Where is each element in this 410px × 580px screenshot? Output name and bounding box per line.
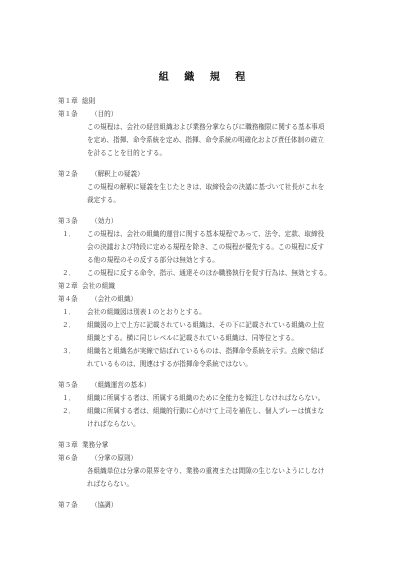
article-label: 第３条	[58, 217, 78, 226]
paragraph-line: この規程は、会社の組織的運営に関する基本規程であって、法令、定款、取締役	[87, 230, 324, 239]
article-label: 第４条	[58, 295, 78, 304]
item-number: ３．	[62, 347, 75, 356]
paragraph-line: 会の決議および特段に定める規程を除き、この規程が優先する。この規程に反す	[87, 243, 324, 252]
paragraph-line: ければならない。	[87, 420, 140, 429]
article-label: 第１条	[58, 110, 78, 119]
paragraph-line: る他の規程のその反する部分は無効とする。	[87, 256, 219, 265]
article-label: 第２条	[58, 170, 78, 179]
paragraph-line: を定め、指揮、命令系統を定め、指揮、命令系統の明確化および責任体制の確立	[87, 136, 324, 145]
article-heading: （組織運営の基本）	[91, 381, 150, 390]
paragraph-line: この規程の解釈に疑義を生じたときは、取締役会の決議に基づいて社長がこれを	[87, 183, 324, 192]
paragraph-line: ればならない。	[87, 480, 133, 489]
document-title: 組 織 規 程	[0, 68, 410, 83]
paragraph-line: 組織とする。横に同じレベルに記載されている組織は、同等位とする。	[87, 334, 298, 343]
article-heading: 業務分掌	[82, 441, 108, 450]
paragraph-line: れているものは、関連はするが指揮命令系統ではない。	[87, 360, 252, 369]
article-label: 第７条	[58, 501, 78, 510]
paragraph-line: を計ることを目的とする。	[87, 149, 166, 158]
item-number: １．	[62, 308, 75, 317]
article-label: 第３章	[58, 441, 78, 450]
item-number: ２．	[62, 269, 75, 278]
article-heading: 総則	[82, 97, 95, 106]
paragraph-line: 組織名と組織名が実線で結ばれているものは、指揮命令系統を示す。点線で結ば	[87, 347, 324, 356]
item-number: １．	[62, 230, 75, 239]
paragraph-line: この規程に反する命令、指示、通達そのほか職務執行を促す行為は、無効とする。	[87, 269, 331, 278]
article-heading: （目的）	[91, 110, 117, 119]
article-label: 第６条	[58, 454, 78, 463]
article-heading: 会社の組織	[82, 282, 115, 291]
article-heading: （分掌の原則）	[91, 454, 137, 463]
item-number: ２．	[62, 407, 75, 416]
article-heading: （会社の組織）	[91, 295, 137, 304]
article-heading: （効力）	[91, 217, 117, 226]
paragraph-line: 会社の組織図は別表１のとおりとする。	[87, 308, 206, 317]
article-label: 第５条	[58, 381, 78, 390]
item-number: １．	[62, 394, 75, 403]
article-heading: （解釈上の疑義）	[91, 170, 144, 179]
paragraph-line: 各組織単位は分掌の限界を守り、業務の重複または間隙の生じないようにしなけ	[87, 467, 324, 476]
item-number: ２．	[62, 321, 75, 330]
paragraph-line: 裁定する。	[87, 196, 120, 205]
paragraph-line: 組織に所属する者は、所属する組織のために全能力を傾注しなければならない。	[87, 394, 324, 403]
article-label: 第２章	[58, 282, 78, 291]
paragraph-line: この規程は、会社の経営組織および業務分掌ならびに職務権限に関する基本事項	[87, 123, 324, 132]
article-label: 第１章	[58, 97, 78, 106]
article-heading: （協調）	[91, 501, 117, 510]
paragraph-line: 組織に所属する者は、組織的行動に心がけて上司を補佐し、個人プレーは慎まな	[87, 407, 324, 416]
paragraph-line: 組織図の上で上方に記載されている組織は、その下に記載されている組織の上位	[87, 321, 324, 330]
